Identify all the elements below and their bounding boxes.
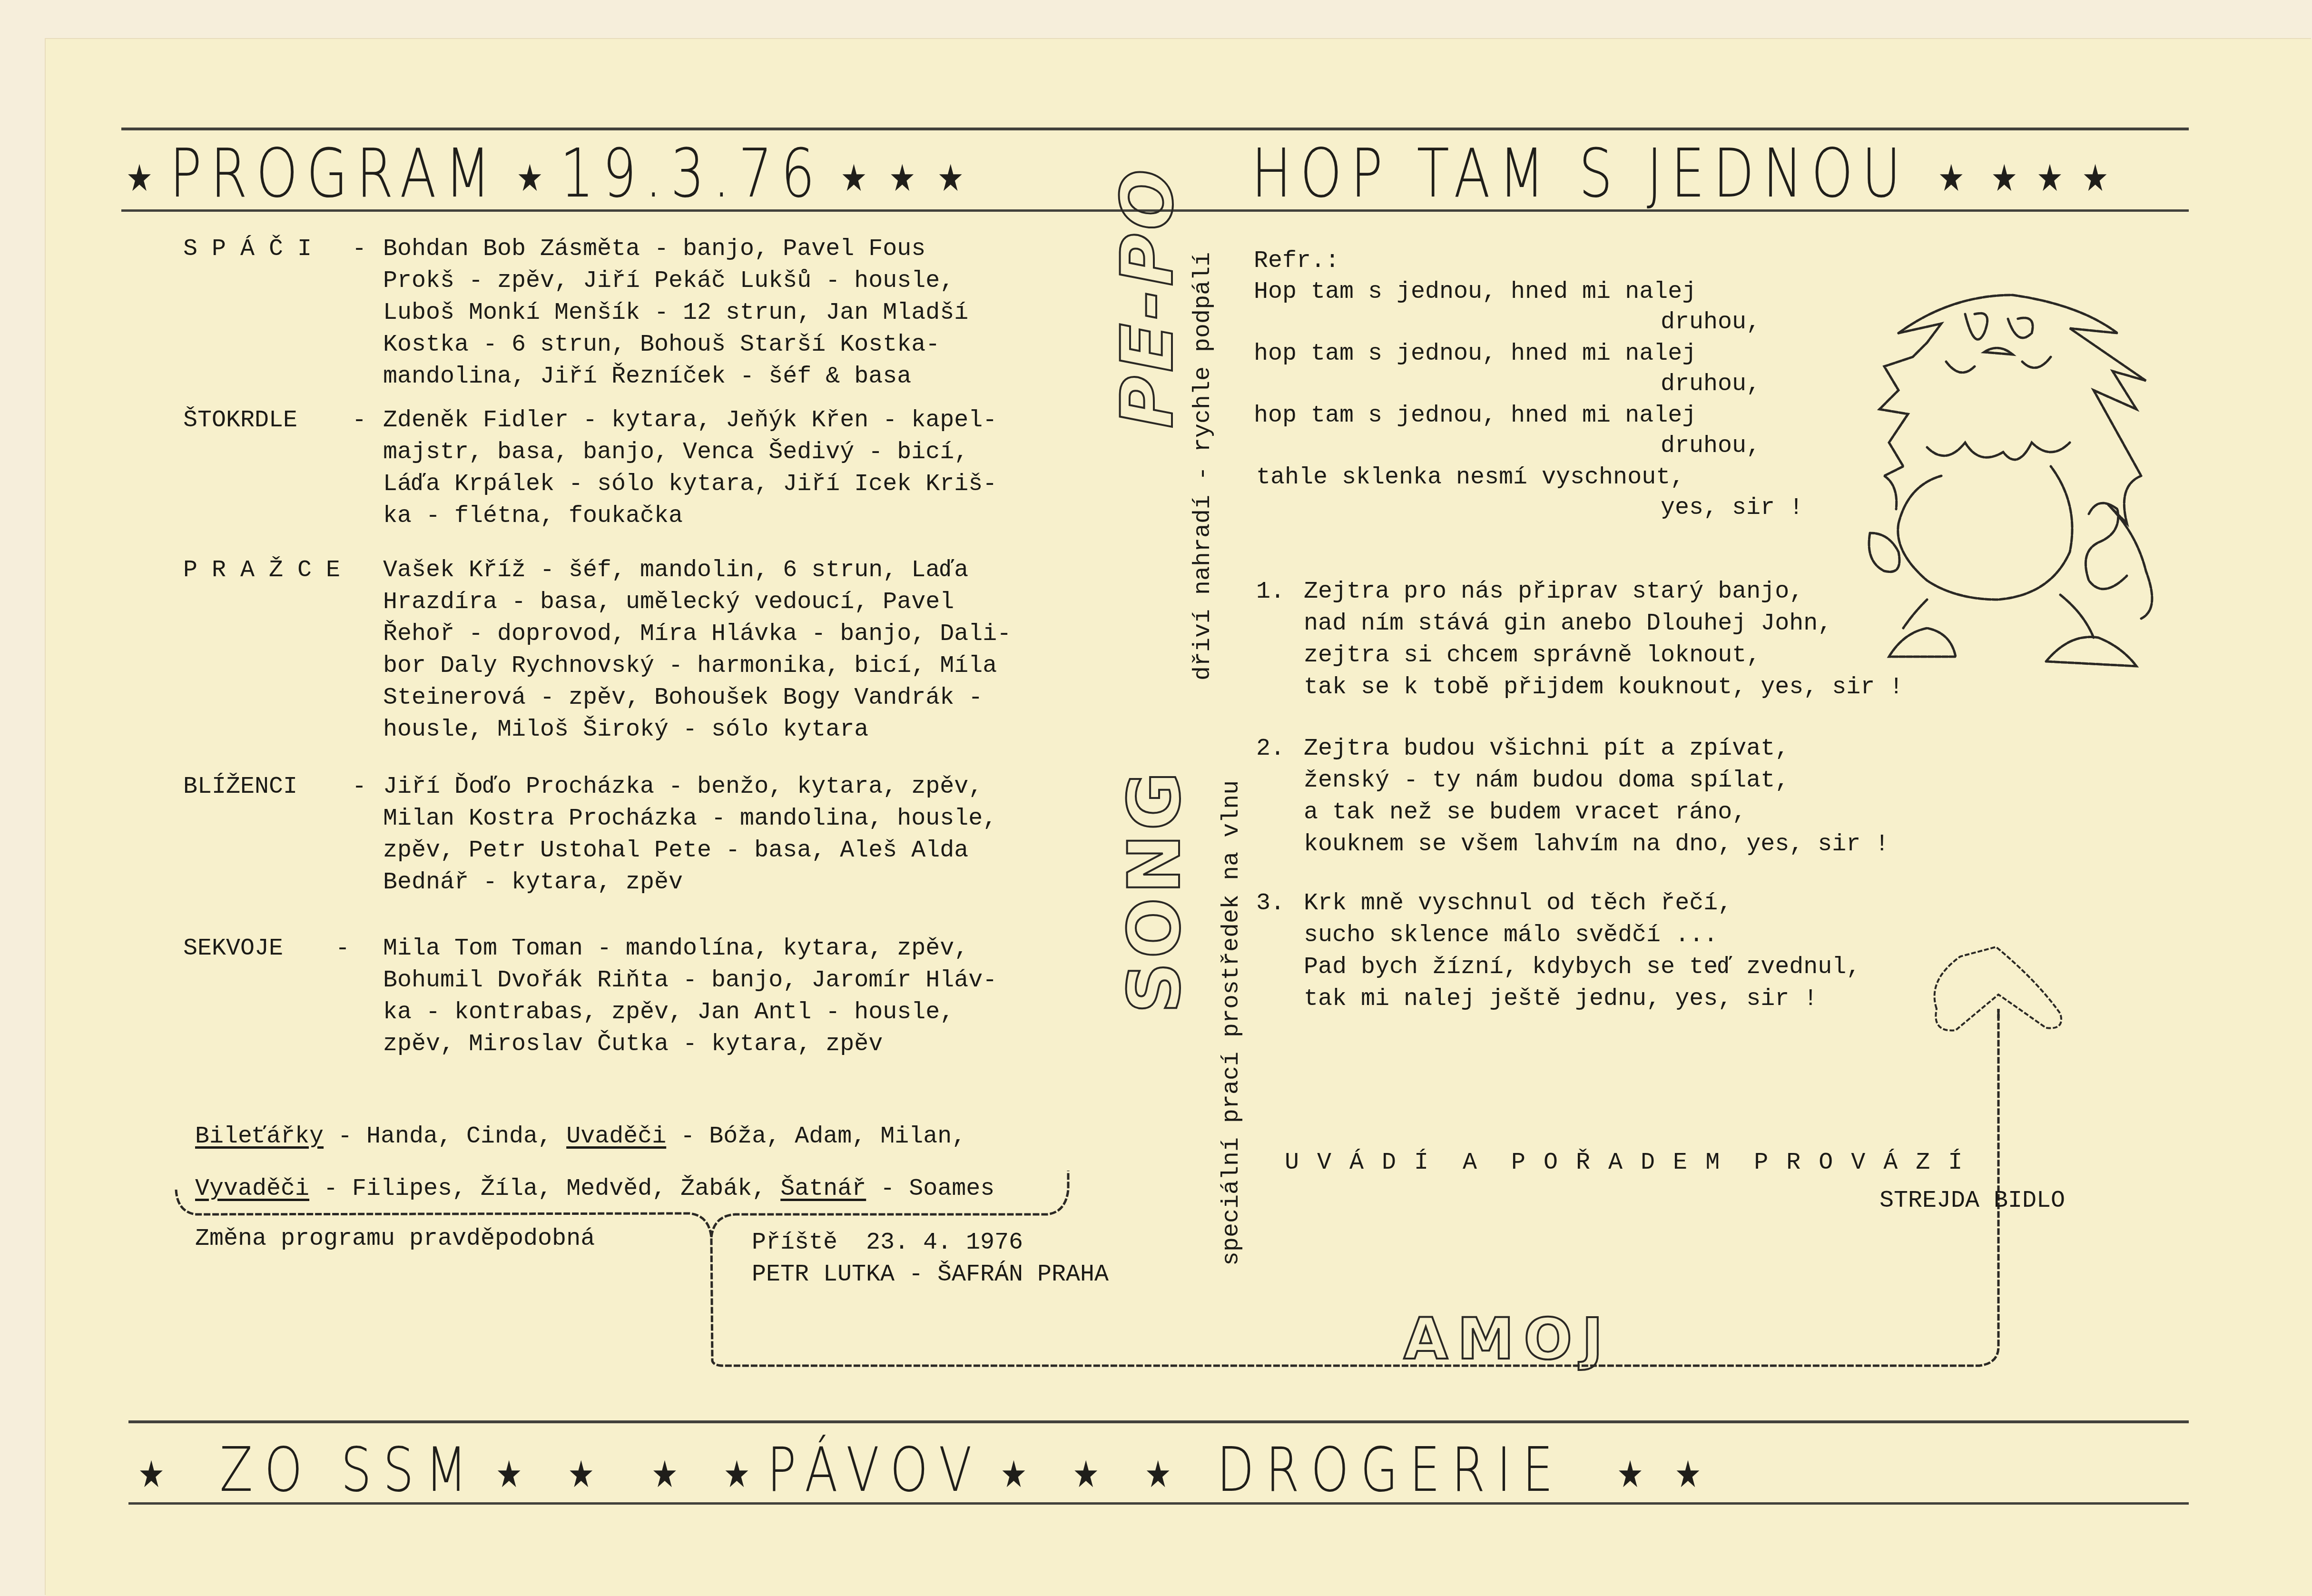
star-icon: ★ bbox=[1675, 1452, 1702, 1496]
footer-org: ZO SSM bbox=[220, 1435, 479, 1506]
verse-line: zejtra si chcem správně loknout, bbox=[1304, 640, 1761, 671]
program-change-notice: Změna programu pravděpodobná bbox=[195, 1223, 595, 1255]
refrain-line: tahle sklenka nesmí vyschnout, bbox=[1256, 462, 1684, 493]
refrain-line-end: yes, sir ! bbox=[1661, 492, 1803, 524]
verse-number: 2. bbox=[1256, 733, 1285, 765]
refrain-line-end: druhou, bbox=[1661, 430, 1761, 462]
refrain-line-end: druhou, bbox=[1661, 368, 1761, 400]
bottom-rule-upper bbox=[128, 1420, 2189, 1423]
star-icon: ★ bbox=[568, 1452, 594, 1496]
pepo-logo: PE-PO bbox=[1106, 166, 1189, 428]
footer-place: PÁVOV bbox=[767, 1435, 984, 1506]
star-icon: ★ bbox=[1617, 1452, 1643, 1496]
verse-number: 1. bbox=[1256, 576, 1285, 608]
refrain-label: Refr.: bbox=[1254, 245, 1339, 277]
vertical-slogan-bottom: speciální prací prostředek na vlnu bbox=[1216, 780, 1248, 1266]
footer-banner: ★ZO SSM★★★★PÁVOV★★★DROGERIE★★ bbox=[138, 1435, 1715, 1506]
vertical-slogan-top: dřiví nahradí - rychle podpálí bbox=[1187, 252, 1219, 680]
refrain-line: hop tam s jednou, hned mi nalej bbox=[1254, 400, 1696, 432]
star-icon: ★ bbox=[1145, 1452, 1171, 1496]
verse-line: kouknem se všem lahvím na dno, yes, sir … bbox=[1304, 828, 1889, 860]
verse-number: 3. bbox=[1256, 887, 1285, 919]
star-icon: ★ bbox=[1001, 1452, 1027, 1496]
verse-line: tak mi nalej ještě jednu, yes, sir ! bbox=[1304, 983, 1818, 1015]
refrain-line-end: druhou, bbox=[1661, 306, 1761, 338]
verse-line: sucho sklence málo svědčí ... bbox=[1304, 919, 1718, 951]
refrain-line: hop tam s jednou, hned mi nalej bbox=[1254, 338, 1696, 370]
verse-line: Pad bych žízní, kdybych se teď zvednul, bbox=[1304, 951, 1860, 983]
verse-line: Zejtra budou všichni pít a zpívat, bbox=[1304, 733, 1789, 765]
next-event-date: Příště 23. 4. 1976 bbox=[752, 1227, 1023, 1259]
verse-line: ženský - ty nám budou doma spílat, bbox=[1304, 765, 1789, 797]
host-name: STREJDA BIDLO bbox=[1879, 1185, 2065, 1217]
amoj-logo: AMOJ bbox=[1404, 1306, 1613, 1372]
star-icon: ★ bbox=[651, 1452, 678, 1496]
star-icon: ★ bbox=[138, 1452, 165, 1496]
verse-line: a tak než se budem vracet ráno, bbox=[1304, 797, 1746, 828]
star-icon: ★ bbox=[723, 1452, 750, 1496]
refrain-line: Hop tam s jednou, hned mi nalej bbox=[1254, 276, 1696, 308]
next-event-performer: PETR LUTKA - ŠAFRÁN PRAHA bbox=[752, 1259, 1109, 1291]
footer-venue: DROGERIE bbox=[1217, 1435, 1564, 1506]
verse-line: Krk mně vyschnul od těch řečí, bbox=[1304, 887, 1732, 919]
verse-line: nad ním stává gin anebo Dlouhej John, bbox=[1304, 608, 1832, 640]
verse-line: tak se k tobě přijdem kouknout, yes, sir… bbox=[1304, 671, 1903, 703]
star-icon: ★ bbox=[1072, 1452, 1099, 1496]
song-logo: SONG bbox=[1113, 768, 1196, 1014]
gnome-illustration bbox=[1832, 286, 2194, 952]
star-icon: ★ bbox=[496, 1452, 522, 1496]
verse-line: Zejtra pro nás připrav starý banjo, bbox=[1304, 576, 1803, 608]
host-intro: U V Á D Í A P O Ř A D E M P R O V Á Z Í bbox=[1285, 1147, 1964, 1179]
